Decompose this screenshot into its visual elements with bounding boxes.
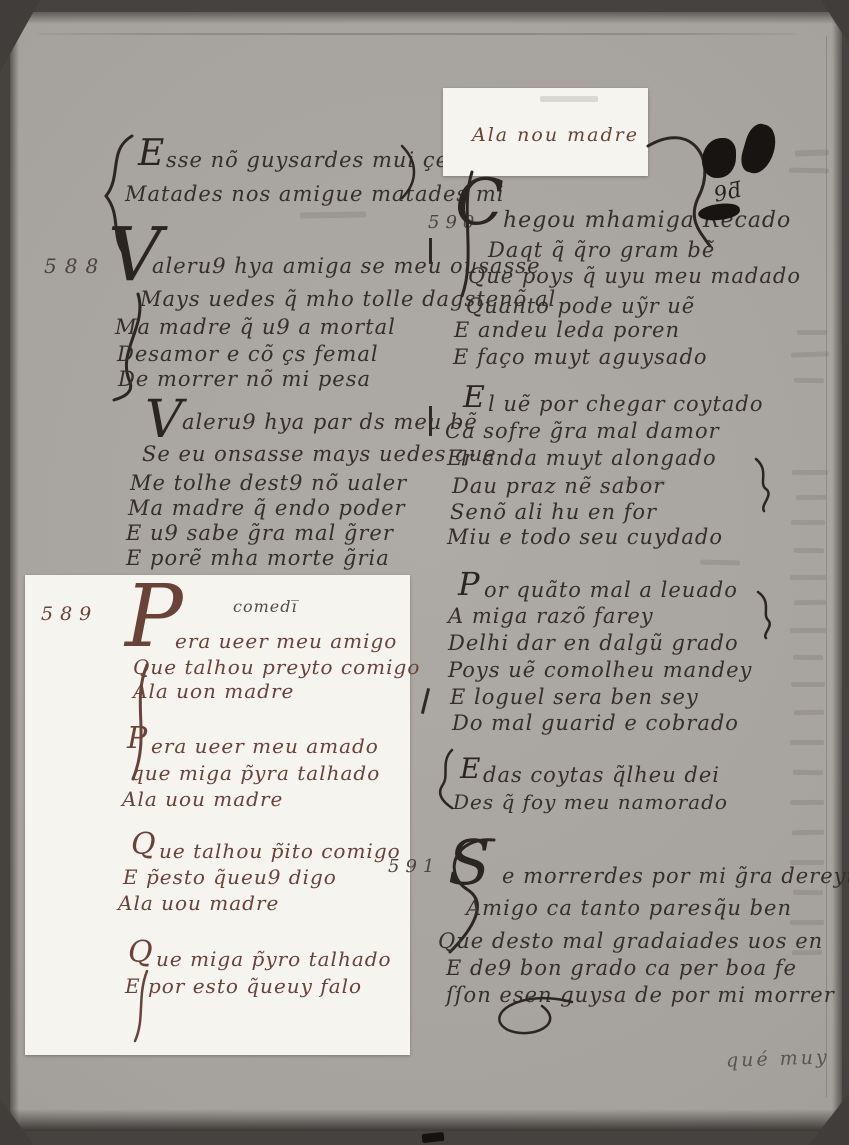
- verse-line: E de9 bon grado ca per boa fe: [446, 958, 797, 979]
- refrain-text: Ala nou madre: [472, 126, 639, 145]
- bleedthrough-mark: [794, 600, 826, 606]
- verse-line: E porẽ mha morte g̃ria: [126, 548, 390, 569]
- bleedthrough-mark: [793, 770, 823, 776]
- stanza-initial: Q: [131, 833, 157, 857]
- verse-line: Senõ ali hu en for: [450, 502, 657, 523]
- bleedthrough-mark: [794, 710, 824, 716]
- verse-line: Amigo ca tanto paresq̃u ben: [466, 898, 792, 919]
- verse-line: Que desto mal gradaiades uos en: [438, 931, 823, 952]
- verse-line: Me tolhe dest9 nõ ualer: [130, 473, 407, 494]
- verse-line: l uẽ por chegar coytado: [488, 394, 764, 415]
- ink-scribble: 9ƌ: [712, 179, 745, 206]
- verse-line: das coytas q̃lheu dei: [483, 765, 720, 786]
- verse-line: E andeu leda poren: [454, 320, 680, 341]
- marginal-note: comedi̅: [233, 599, 298, 615]
- verse-line: E p̃esto q̃ueu9 digo: [123, 867, 337, 887]
- descender-swash: [129, 967, 155, 1045]
- verse-line: ue miga p̃yro talhado: [156, 949, 392, 969]
- verse-line: Ala uou madre: [118, 893, 279, 913]
- manuscript-scan: E sse nõ guysardes mui çedassy Matades n…: [0, 0, 849, 1145]
- bleedthrough-mark: [700, 560, 740, 566]
- pen-curl-flourish: [748, 455, 774, 513]
- pen-curve-flourish: [640, 118, 722, 250]
- bleedthrough-mark: [792, 830, 824, 836]
- verse-line: era ueer meu amigo: [175, 631, 397, 651]
- verse-line: Desamor e cõ çs femal: [117, 344, 379, 365]
- verse-line: Que talhou preyto comigo: [133, 657, 420, 677]
- margin-ink-stroke: [429, 406, 432, 436]
- under-loop-flourish: [478, 992, 582, 1038]
- illuminated-initial: E: [138, 140, 165, 169]
- stanza-initial: Q: [128, 941, 154, 965]
- overlay-patch-cantiga-589: 589 comedi̅ P era ueer meu amigo Que tal…: [25, 575, 410, 1055]
- verse-line: ue talhou p̃ito comigo: [159, 841, 401, 861]
- verse-line: E loguel sera ben sey: [450, 687, 699, 708]
- page-fold-line: [826, 36, 827, 1097]
- illuminated-initial: V: [145, 400, 184, 442]
- bleedthrough-mark: [300, 211, 366, 218]
- bleedthrough-mark: [792, 950, 822, 956]
- verse-line: Matades nos amigue matades mi: [125, 184, 505, 205]
- verse-line: Ca sofre g̃ra mal damor: [445, 421, 720, 442]
- page-edge-right: [832, 12, 842, 1131]
- verse-line: aleru9 hya par ds meu bẽ: [182, 412, 478, 433]
- pen-curl-flourish: [752, 588, 776, 640]
- bleedthrough-mark: [793, 890, 823, 896]
- verse-line: Ala uou madre: [122, 789, 283, 809]
- bleedthrough-mark: [792, 470, 828, 475]
- stanza-initial: P: [458, 572, 481, 598]
- bottom-ink-mark: [422, 1132, 445, 1143]
- bleedthrough-mark: [797, 330, 827, 335]
- cantiga-number-589: 589: [41, 605, 98, 624]
- stanza-initial: E: [460, 758, 481, 780]
- stanza-initial: P: [127, 727, 148, 751]
- verse-line: De morrer nõ mi pesa: [118, 369, 371, 390]
- verse-line: Er anda muyt alongado: [447, 448, 717, 469]
- bleedthrough-mark: [790, 740, 824, 745]
- bleedthrough-mark: [796, 495, 826, 501]
- bleedthrough-mark: [790, 575, 826, 580]
- verse-line: Ma madre q̃ u9 a mortal: [115, 317, 396, 338]
- bleedthrough-mark: [791, 682, 825, 687]
- bleedthrough-mark: [790, 860, 824, 865]
- cantiga-number-588: 588: [44, 256, 106, 276]
- verse-line: Do mal guarid e cobrado: [452, 713, 739, 734]
- page-edge-bottom: [10, 1109, 842, 1131]
- verse-line: or quãto mal a leuado: [484, 580, 738, 601]
- verse-line: e morrerdes por mi g̃ra dereyte: [502, 866, 849, 887]
- bleedthrough-mark: [620, 480, 666, 485]
- verse-line: Ala uon madre: [133, 681, 294, 701]
- verse-line: E u9 sabe g̃ra mal g̃rer: [126, 523, 394, 544]
- bleedthrough-mark: [790, 800, 824, 805]
- verse-line: Que poys q̃ uyu meu madado: [468, 266, 801, 287]
- pencil-note: qué muy: [726, 1048, 830, 1071]
- pen-paren-flourish: [398, 142, 422, 202]
- bleedthrough-mark: [789, 168, 829, 174]
- verse-line: era ueer meu amado: [151, 736, 379, 756]
- page-curl-line: [36, 33, 796, 35]
- verse-line: Des q̃ foy meu namorado: [453, 792, 728, 812]
- verse-line: E por esto q̃ueuy falo: [125, 976, 362, 996]
- bleedthrough-mark: [794, 548, 824, 554]
- verse-line: Ma madre q̃ endo poder: [128, 498, 406, 519]
- bleedthrough-mark: [790, 628, 826, 633]
- verse-line: Poys uẽ comolheu mandey: [448, 660, 752, 681]
- page-edge-top: [10, 12, 842, 24]
- verse-line: que miga p̃yra talhado: [131, 763, 380, 783]
- bleedthrough-mark: [791, 520, 825, 525]
- verse-line: Quanto pode uỹr uẽ: [466, 296, 695, 317]
- page-edge-left: [10, 12, 19, 1131]
- verse-line: E faço muyt aguysado: [453, 347, 708, 368]
- margin-ink-stroke: [429, 238, 432, 264]
- stanza-initial: E: [463, 386, 486, 410]
- bleedthrough-mark: [794, 378, 824, 384]
- verse-line: Miu e todo seu cuydado: [447, 527, 723, 548]
- bleedthrough-mark: [793, 655, 823, 661]
- verse-line: A miga razõ farey: [448, 606, 654, 627]
- verse-line: Se eu onsasse mays uedes que: [142, 444, 497, 465]
- bleedthrough-mark: [790, 920, 824, 925]
- bleedthrough-mark: [540, 96, 598, 102]
- bleedthrough-mark: [795, 149, 829, 156]
- verse-line: Delhi dar en dalgũ grado: [448, 633, 739, 654]
